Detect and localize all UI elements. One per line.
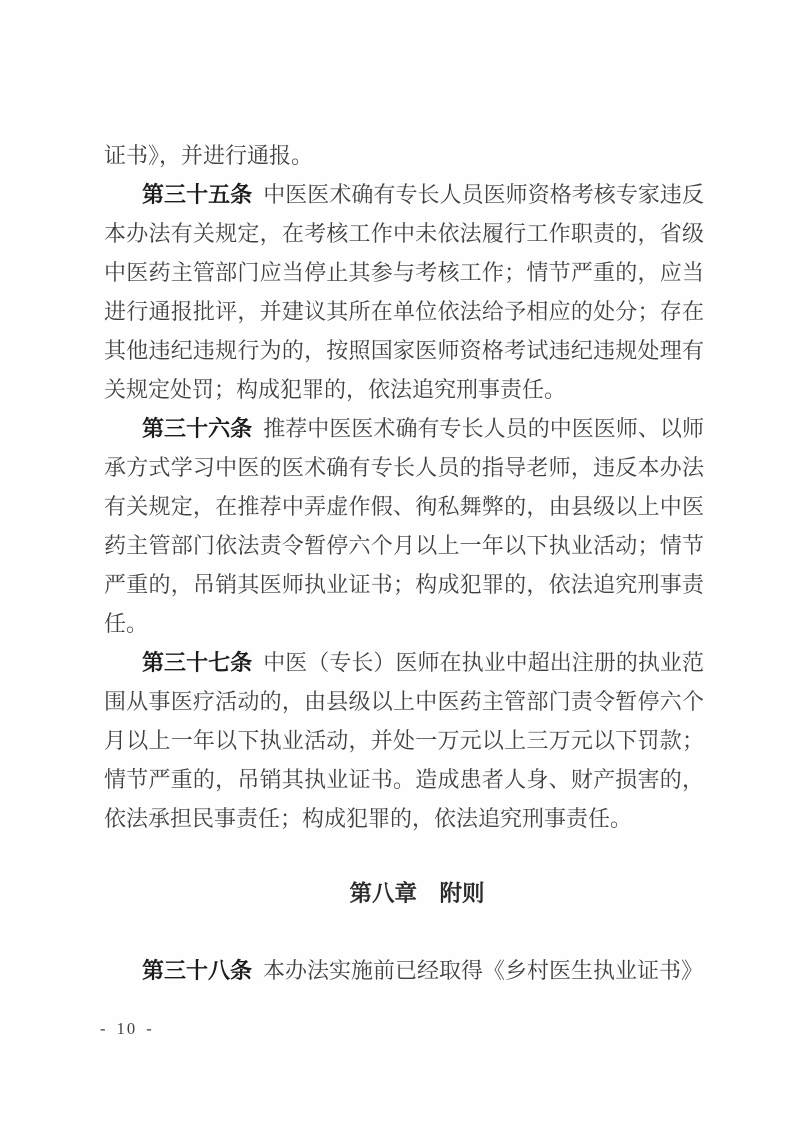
article-paragraph-36: 第三十六条推荐中医医术确有专长人员的中医医师、以师承方式学习中医的医术确有专长人… (104, 409, 704, 643)
chapter-heading: 第八章 附则 (349, 874, 484, 913)
article-text-35: 中医医术确有专长人员医师资格考核专家违反本办法有关规定，在考核工作中未依法履行工… (104, 182, 704, 402)
article-number-37: 第三十七条 (142, 650, 252, 675)
article-paragraph-38: 第三十八条本办法实施前已经取得《乡村医生执业证书》 (104, 951, 704, 990)
article-number-35: 第三十五条 (142, 182, 252, 207)
page-number: - 10 - (100, 1018, 154, 1040)
article-text-36: 推荐中医医术确有专长人员的中医医师、以师承方式学习中医的医术确有专长人员的指导老… (104, 416, 704, 636)
article-text-37: 中医（专长）医师在执业中超出注册的执业范围从事医疗活动的，由县级以上中医药主管部… (104, 650, 704, 831)
document-body: 证书》，并进行通报。 第三十五条中医医术确有专长人员医师资格考核专家违反本办法有… (104, 136, 704, 990)
article-paragraph-35: 第三十五条中医医术确有专长人员医师资格考核专家违反本办法有关规定，在考核工作中未… (104, 175, 704, 409)
article-number-36: 第三十六条 (142, 416, 252, 441)
article-paragraph-37: 第三十七条中医（专长）医师在执业中超出注册的执业范围从事医疗活动的，由县级以上中… (104, 643, 704, 838)
article-text-38: 本办法实施前已经取得《乡村医生执业证书》 (263, 958, 703, 983)
chapter-heading-row: 第八章 附则 (104, 874, 704, 913)
article-number-38: 第三十八条 (142, 958, 252, 983)
document-page: 证书》，并进行通报。 第三十五条中医医术确有专长人员医师资格考核专家违反本办法有… (0, 0, 793, 1121)
paragraph-continuation: 证书》，并进行通报。 (104, 136, 704, 175)
